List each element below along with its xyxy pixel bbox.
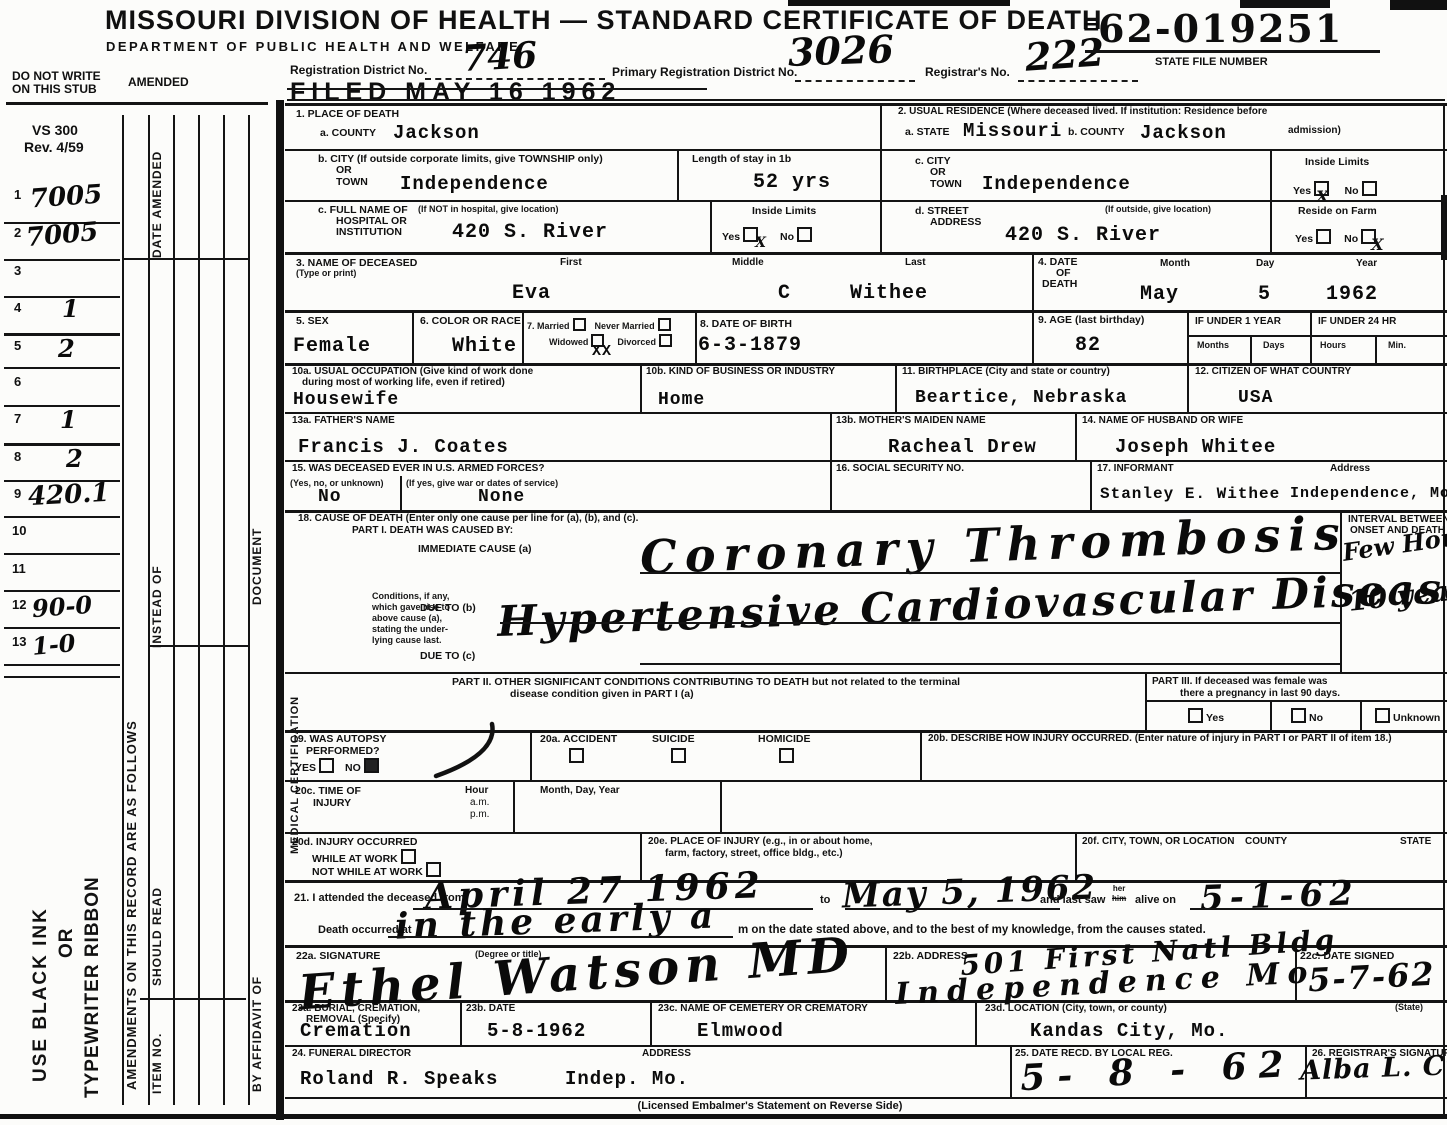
name-middle-value: C [778,282,791,305]
field-hospital-paren: (If NOT in hospital, give location) [418,205,559,215]
injury-occurred-label: 20d. INJURY OCCURRED [292,836,417,848]
mothers-maiden-name-label: 13b. MOTHER'S MAIDEN NAME [836,415,986,427]
line [1085,50,1380,53]
date-of-birth-value: 6-3-1879 [698,334,802,357]
stub-row-num: 10 [12,524,26,539]
stub-row-value: 2 [66,444,83,473]
name-last-value: Withee [850,282,928,305]
burial-date-label: 23b. DATE [466,1003,515,1015]
her-label: her [1112,884,1126,894]
yes-label: Yes [1293,185,1311,197]
sex-value: Female [293,335,371,358]
embalmer-statement-note: (Licensed Embalmer's Statement on Revers… [560,1100,980,1113]
fathers-name-value: Francis J. Coates [298,436,509,458]
date-of-birth-label: 8. DATE OF BIRTH [700,318,792,330]
never-married-label: Never Married [595,321,655,331]
time-of-injury-label-2: INJURY [313,797,351,809]
line [830,460,832,510]
hours-label: Hours [1320,341,1346,351]
amendments-label: AMENDMENTS ON THIS RECORD ARE AS FOLLOWS [124,300,139,1090]
if-under-24-hr-label: IF UNDER 24 HR [1318,316,1396,328]
physician-address-label: 22b. ADDRESS [893,950,968,962]
checkbox [659,334,672,347]
line [895,363,897,412]
birthplace-label: 11. BIRTHPLACE (City and state or countr… [902,366,1110,378]
residence-city-town: TOWN [930,178,962,190]
day-label: Day [1256,258,1274,270]
inside-limits-options-1c: YesXNo [722,227,815,244]
line [4,367,120,369]
informant-label: 17. INFORMANT [1097,463,1174,475]
residence-county-label: b. COUNTY [1068,126,1125,138]
county-header: COUNTY [1245,836,1287,848]
line [1187,335,1447,337]
field-place-of-death-label: 1. PLACE OF DEATH [296,108,399,120]
length-of-stay-value: 52 yrs [753,171,831,194]
form-code: VS 300 [32,122,78,138]
last-saw-label: and last saw [1040,894,1105,907]
inside-limits-label-1c: Inside Limits [752,205,816,217]
line [285,460,1447,462]
inside-limits-label-2c: Inside Limits [1305,156,1369,168]
cemetery-value: Elmwood [697,1020,784,1042]
suicide-label: SUICIDE [652,733,695,745]
autopsy-label: 19. WAS AUTOPSY [292,733,387,745]
x-mark: X [755,235,766,251]
pm-label: p.m. [470,809,489,821]
pregnancy-unknown-option: Unknown [1372,708,1440,724]
line [1270,149,1272,252]
citizen-value: USA [1238,388,1273,408]
year-label: Year [1356,258,1377,270]
by-affidavit-label: BY AFFIDAVIT OF [250,940,264,1092]
age-label: 9. AGE (last birthday) [1038,314,1144,326]
him-label: him [1112,894,1126,904]
part-3-label-2: there a pregnancy in last 90 days. [1180,688,1340,700]
color-or-race-label: 6. COLOR OR RACE [420,315,521,327]
line [140,998,246,1000]
husband-or-wife-label: 14. NAME OF HUSBAND OR WIFE [1082,415,1243,427]
stub-row-num: 1 [14,188,21,203]
funeral-director-address-label: ADDRESS [642,1048,691,1060]
her-him-label: her him [1112,884,1126,903]
length-of-stay-label: Length of stay in 1b [692,153,791,165]
line [640,363,642,412]
min-label: Min. [1388,341,1406,351]
checkbox [658,318,671,331]
medical-certification-label: MEDICAL CERTIFICATION [289,658,301,854]
line [880,103,882,252]
due-to-c-label: DUE TO (c) [420,650,475,662]
checkbox [797,227,812,242]
line [400,476,402,510]
item-no-label: ITEM NO. [150,1006,164,1094]
yes-label: YES [295,762,316,774]
registrar-signature-value: Alba L. Craig [1300,1048,1447,1086]
registration-district-value: 746 [461,34,538,80]
sex-label: 5. SEX [296,315,329,327]
residence-state-label: a. STATE [905,126,950,138]
no-label: No [1345,185,1359,197]
interval-label-2: ONSET AND DEATH [1350,525,1445,537]
describe-injury-label: 20b. DESCRIBE HOW INJURY OCCURRED. (Ente… [928,733,1392,745]
state-header: STATE [1400,836,1431,848]
use-black-ink-label: USE BLACK INK [30,790,52,1082]
death-year-value: 1962 [1326,283,1378,306]
pregnancy-no-option: No [1288,708,1323,724]
line [1360,700,1362,730]
color-or-race-value: White [452,335,517,358]
name-first-value: Eva [512,282,551,305]
stamp-strike-line [287,88,707,90]
instead-of-label: INSTEAD OF [150,543,164,648]
line [285,672,1447,674]
business-industry-label: 10b. KIND OF BUSINESS OR INDUSTRY [646,366,835,378]
line [285,412,1447,414]
line [285,310,1447,313]
usual-residence-label-2: admission) [1288,125,1341,137]
primary-registration-value: 3026 [787,26,894,75]
line [223,115,225,1105]
checkbox [1316,229,1331,244]
armed-forces-service-value: None [478,487,525,507]
stub-row-value: 1 [60,405,77,434]
not-while-at-work-label: NOT WHILE AT WORK [312,866,423,878]
line [285,252,1447,255]
line [4,516,120,518]
usual-occupation-value: Housewife [293,390,399,410]
line [1032,252,1034,363]
line [285,200,1447,202]
x-mark: X [1371,235,1383,254]
pen-stroke-mark [420,718,510,784]
field-county-value: Jackson [393,122,480,144]
usual-residence-label: 2. USUAL RESIDENCE (Where deceased lived… [898,106,1267,118]
marital-row-1: 7. MarriedNever Married [527,318,674,332]
checkbox [779,748,794,763]
residence-city-or: OR [930,166,946,178]
line [1270,700,1272,730]
line [285,103,1447,106]
informant-address-value: Independence, Mo. [1290,485,1447,502]
name-middle-label: Middle [732,257,764,269]
checkbox [319,758,334,773]
hour-label: Hour [465,785,488,797]
stub-row-num: 2 [14,226,21,241]
street-address-label-2: ADDRESS [930,216,981,228]
checkbox [569,748,584,763]
field-city-label: b. CITY (If outside corporate limits, gi… [318,153,603,165]
registration-district-label: Registration District No. [290,64,427,78]
place-of-injury-label: 20e. PLACE OF INJURY (e.g., in or about … [648,836,872,848]
stub-row-value: 90-0 [31,590,93,623]
stub-row-num: 3 [14,264,21,279]
birthplace-value: Beartice, Nebraska [915,388,1127,408]
line [1187,363,1189,412]
month-day-year-label: Month, Day, Year [540,785,620,797]
stub-row-num: 9 [14,487,21,502]
business-industry-value: Home [658,390,705,410]
line [1075,412,1077,460]
if-under-1-year-label: IF UNDER 1 YEAR [1195,316,1281,328]
line [500,622,1340,624]
line [412,310,414,363]
line [1090,460,1092,510]
line [695,310,697,363]
line [640,663,1340,665]
checkbox [1375,708,1390,723]
informant-value: Stanley E. Withee [1100,485,1280,503]
yes-label: Yes [1206,712,1224,724]
widowed-xx-mark: XX [592,343,612,360]
line [4,443,120,446]
funeral-director-label: 24. FUNERAL DIRECTOR [292,1048,411,1060]
line [845,908,1060,910]
death-certificate-scan: MISSOURI DIVISION OF HEALTH — STANDARD C… [0,0,1447,1125]
stub-row-num: 7 [14,412,21,427]
line [198,115,200,1105]
checkbox [1291,708,1306,723]
line [1145,700,1447,702]
line [4,259,120,261]
residence-city-value: Independence [982,173,1131,195]
scan-artifact [1390,0,1447,10]
usual-occupation-label-2: during most of working life, even if ret… [302,377,505,389]
checkbox [1362,181,1377,196]
line [122,258,248,260]
days-label: Days [1263,341,1285,351]
stub-row-value: 1 [62,294,79,323]
citizen-label: 12. CITIZEN OF WHAT COUNTRY [1195,366,1351,378]
do-not-write-label-2: ON THIS STUB [12,83,97,97]
stub-row-num: 12 [12,598,26,613]
armed-forces-label: 15. WAS DECEASED EVER IN U.S. ARMED FORC… [292,463,544,475]
residence-state-value: Missouri [963,120,1062,142]
burial-cremation-value: Cremation [300,1020,412,1042]
stub-row-value: 420.1 [27,478,110,512]
immediate-cause-label: IMMEDIATE CAUSE (a) [418,543,532,555]
time-of-injury-label: 20c. TIME OF [295,785,361,797]
should-read-label: SHOULD READ [150,868,164,986]
cemetery-state-label: (State) [1395,1003,1423,1013]
street-address-value: 420 S. River [1005,224,1161,247]
street-address-paren: (If outside, give location) [1105,205,1211,215]
burial-cremation-label: 23a. BURIAL, CREMATION, [292,1003,420,1015]
reside-on-farm-label: Reside on Farm [1298,205,1377,217]
month-label: Month [1160,258,1190,270]
conditions-note-4: stating the under- [372,625,448,635]
armed-forces-value: No [318,487,342,507]
widowed-label: Widowed [549,337,588,347]
ruled-line [1018,80,1138,82]
stub-row-num: 13 [12,635,26,650]
line [530,730,532,780]
line [1250,335,1252,363]
no-label: No [780,231,794,243]
autopsy-label-2: PERFORMED? [306,745,380,757]
line [710,200,712,252]
line [285,149,1447,151]
x-mark: X [1316,187,1328,206]
date-signed-value: 5-7-62 [1307,955,1436,1000]
death-day-value: 5 [1258,283,1271,306]
checkbox [671,748,686,763]
field-hospital-value: 420 S. River [452,221,608,244]
cemetery-location-label: 23d. LOCATION (City, town, or county) [985,1003,1167,1015]
checkbox-marked [364,758,379,773]
line [1190,908,1445,910]
accident-label: 20a. ACCIDENT [540,733,617,745]
divider-bar [276,100,284,1120]
line [650,1000,652,1045]
line [173,115,175,1105]
conditions-note-1: Conditions, if any, [372,592,449,602]
unknown-label: Unknown [1393,712,1440,724]
state-file-number-label: STATE FILE NUMBER [1155,56,1268,69]
stub-row-num: 8 [14,450,21,465]
line [6,102,268,105]
part-2-label: PART II. OTHER SIGNIFICANT CONDITIONS CO… [452,676,960,688]
type-or-print-label: (Type or print) [296,269,356,279]
field-county-label: a. COUNTY [320,127,376,139]
social-security-label: 16. SOCIAL SECURITY NO. [836,463,964,475]
cause-of-death-label: 18. CAUSE OF DEATH (Enter only one cause… [298,513,638,525]
pregnancy-yes-option: Yes [1185,708,1224,724]
field-city-or: OR [336,164,352,176]
funeral-director-value: Roland R. Speaks [300,1068,498,1090]
fathers-name-label: 13a. FATHER'S NAME [292,415,395,427]
name-first-label: First [560,257,582,269]
reside-on-farm-options: YesNoX [1295,228,1392,246]
stub-row-num: 11 [12,562,26,577]
place-of-injury-label-2: farm, factory, street, office bldg., etc… [665,848,843,860]
line [1375,335,1377,363]
city-town-location-label: 20f. CITY, TOWN, OR LOCATION [1082,836,1234,848]
checkbox [573,318,586,331]
line [4,676,120,678]
scan-artifact [0,1114,1447,1119]
death-month-value: May [1140,283,1179,306]
usual-occupation-label: 10a. USUAL OCCUPATION (Give kind of work… [292,366,533,378]
mothers-maiden-name-value: Racheal Drew [888,436,1037,458]
line [720,780,722,832]
residence-county-value: Jackson [1140,122,1227,144]
use-black-ink-or: OR [56,912,78,958]
typewriter-ribbon-label: TYPEWRITER RIBBON [82,772,104,1098]
line [1010,1045,1012,1097]
part-2-label-2: disease condition given in PART I (a) [510,688,694,700]
stub-row-value: 2 [58,334,75,363]
months-label: Months [1197,341,1229,351]
autopsy-options: YESNO [295,758,382,774]
cemetery-location-value: Kandas City, Mo. [1030,1020,1228,1042]
due-to-b-label: DUE TO (b) [420,602,476,614]
conditions-note-3: above cause (a), [372,614,442,624]
stub-row-num: 6 [14,375,21,390]
department-subtitle: DEPARTMENT OF PUBLIC HEALTH AND WELFARE [106,40,520,55]
stub-row-value: 7005 [29,180,103,215]
interval-label-1: INTERVAL BETWEEN [1348,514,1447,526]
yes-label: Yes [1295,233,1313,245]
husband-or-wife-value: Joseph Whitee [1115,436,1276,458]
line [1310,312,1312,363]
inside-limits-options-2c: YesXNo [1293,180,1380,198]
am-label: a.m. [470,797,489,809]
line [4,553,120,555]
amended-label: AMENDED [128,76,189,90]
to-label: to [820,894,830,907]
line [285,1097,1447,1099]
date-of-death-death: DEATH [1042,278,1077,290]
name-last-label: Last [905,257,926,269]
no-label: No [1344,233,1358,245]
line [522,310,524,363]
age-value: 82 [1075,334,1101,357]
informant-address-label: Address [1330,463,1370,475]
line [4,664,120,666]
cause-b-value: Hypertensive Cardiovascular Disease [496,563,1447,646]
stub-row-num: 5 [14,339,21,354]
field-city-town: TOWN [336,176,368,188]
line [513,780,515,832]
state-file-number: 62-019251 [1098,6,1343,51]
conditions-note-5: lying cause last. [372,636,442,646]
alive-on-label: alive on [1135,894,1176,907]
homicide-label: HOMICIDE [758,733,811,745]
burial-date-value: 5-8-1962 [487,1020,586,1042]
cemetery-label: 23c. NAME OF CEMETERY OR CREMATORY [658,1003,868,1015]
line [830,412,832,460]
no-label: No [1309,712,1323,724]
yes-label: Yes [722,231,740,243]
part-1-label: PART I. DEATH WAS CAUSED BY: [352,525,513,537]
stub-row-value: 7005 [25,217,100,253]
stub-row-num: 4 [14,301,21,316]
line [885,945,887,1000]
stamp-strike-line [287,99,1445,101]
funeral-director-address-value: Indep. Mo. [565,1068,689,1090]
document-label: DOCUMENT [250,505,264,605]
field-city-value: Independence [400,173,549,195]
part-3-label: PART III. If deceased was female was [1152,676,1327,688]
primary-registration-label: Primary Registration District No. [612,66,797,80]
ruled-line [795,80,915,82]
registrars-no-label: Registrar's No. [925,66,1010,80]
married-label: 7. Married [527,321,570,331]
date-amended-label: DATE AMENDED [150,122,164,258]
line [920,730,922,780]
form-revision: Rev. 4/59 [24,139,84,155]
field-hospital-label-3: INSTITUTION [336,226,402,238]
line [677,149,679,200]
last-seen-date-value: 5-1-62 [1199,873,1359,919]
checkbox [1188,708,1203,723]
divorced-label: Divorced [617,337,656,347]
no-label: NO [345,762,361,774]
line [285,832,1447,834]
stub-row-value: 1-0 [31,628,77,661]
